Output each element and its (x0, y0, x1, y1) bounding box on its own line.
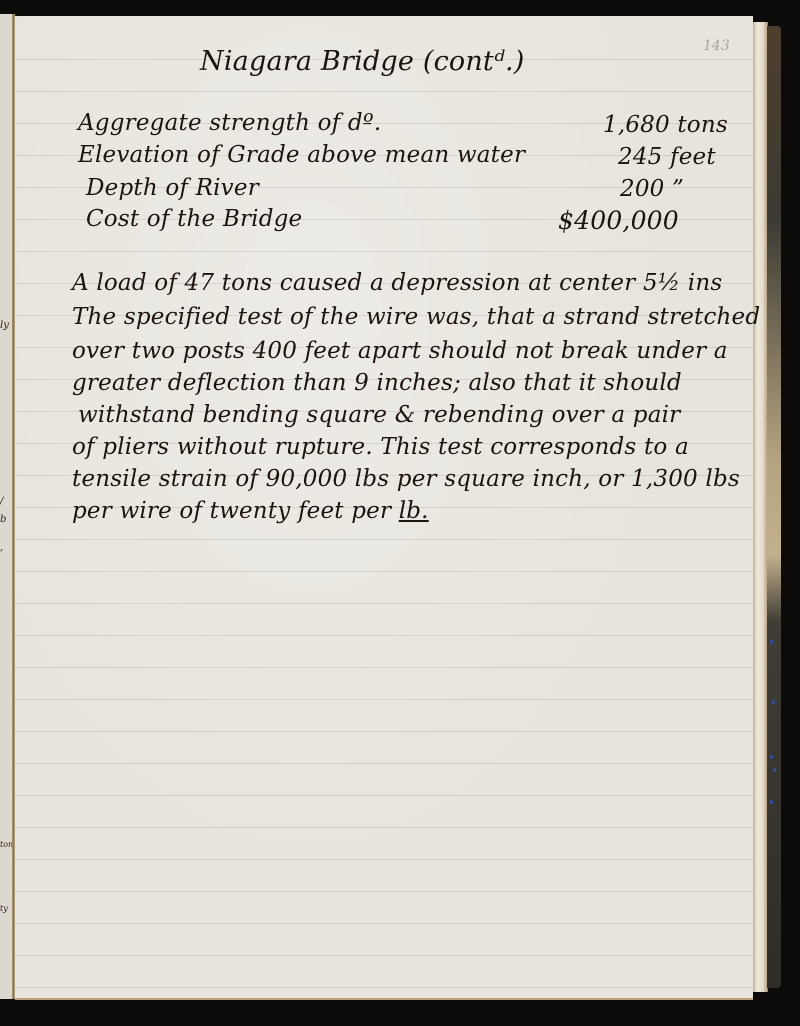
underlined-unit: lb. (399, 498, 429, 524)
spec-label-elevation: Elevation of Grade above mean water (78, 142, 525, 168)
page-edges (753, 22, 768, 992)
paragraph-line-last: per wire of twenty feet per lb. (72, 498, 429, 524)
binding-speckle (770, 800, 773, 804)
page-number: 143 (703, 38, 730, 54)
spec-label-cost: Cost of the Bridge (86, 206, 302, 232)
paragraph-line: of pliers without rupture. This test cor… (72, 434, 689, 460)
spec-value-depth: 200 ” (620, 176, 684, 202)
paragraph-line: over two posts 400 feet apart should not… (72, 338, 728, 364)
binding-speckle (770, 755, 773, 759)
paragraph-line: tensile strain of 90,000 lbs per square … (72, 466, 740, 492)
paragraph-line: The specified test of the wire was, that… (72, 304, 760, 330)
facing-page-fragment: b (0, 514, 6, 525)
paragraph-line: greater deflection than 9 inches; also t… (72, 370, 682, 396)
binding-speckle (770, 640, 773, 644)
spec-label-aggregate-strength: Aggregate strength of dº. (78, 110, 381, 136)
paragraph-line-text: per wire of twenty feet per (72, 498, 399, 524)
paragraph-line: withstand bending square & rebending ove… (78, 402, 680, 428)
spec-value-aggregate-strength: 1,680 tons (603, 112, 728, 138)
paragraph-line: A load of 47 tons caused a depression at… (72, 270, 722, 296)
binding-speckle (772, 700, 775, 704)
page-title: Niagara Bridge (contᵈ.) (200, 46, 525, 77)
facing-page-fragment: / (0, 496, 3, 507)
spec-value-elevation: 245 feet (618, 144, 716, 170)
spec-label-depth: Depth of River (86, 175, 259, 201)
facing-page-fragment: ty (0, 904, 8, 913)
binding-speckle (773, 768, 776, 772)
facing-page-fragment: , (0, 542, 3, 553)
book-binding (767, 26, 781, 988)
facing-page-fragment: ly (0, 320, 9, 331)
spec-value-cost: $400,000 (558, 206, 679, 235)
